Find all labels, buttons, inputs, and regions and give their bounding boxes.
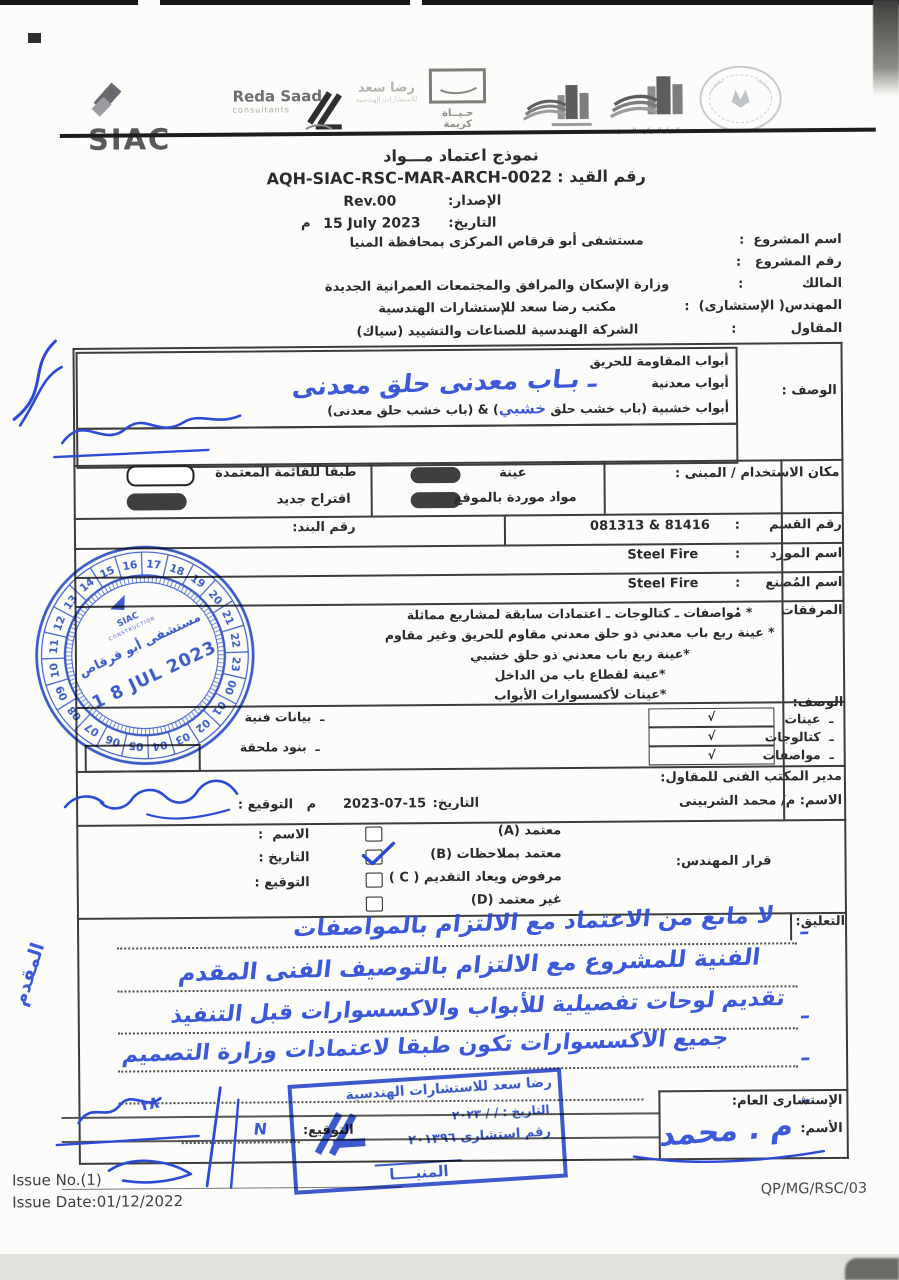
- stamp-date: 1 8 JUL 2023: [89, 637, 220, 713]
- checklist-catalogs-label: ـ كتالوجات: [765, 729, 834, 745]
- siac-diamond-icon: [87, 79, 127, 123]
- option-rejected-resubmit: مرفوض ويعاد التقديم ( C ): [389, 869, 562, 885]
- usage-divider-2: [370, 463, 372, 516]
- hayah-karima-text2: كريمة: [426, 119, 490, 131]
- scan-speck: [28, 33, 41, 43]
- margin-top-scribble: [0, 333, 64, 434]
- hayah-karima-frame-icon: [428, 68, 486, 104]
- svg-text:17: 17: [146, 557, 162, 571]
- checklist-samples-label: ـ عينات: [784, 711, 833, 726]
- attachment-line: *عينات لأكسسوارات الأبواب: [320, 683, 840, 707]
- svg-text:08: 08: [65, 703, 85, 723]
- svg-text:05: 05: [128, 739, 144, 753]
- consultant-cell-top: [658, 1089, 848, 1092]
- engineer-sign-field: التوقيع :: [254, 875, 309, 890]
- svg-text:03: 03: [173, 729, 192, 747]
- form-title: نموذج اعتماد مـــواد: [291, 145, 631, 167]
- svg-text:19: 19: [188, 572, 208, 591]
- svg-text:00: 00: [222, 678, 239, 697]
- scan-content: SIAC Reda Saad consultants رضا سعد للاست…: [0, 0, 899, 1280]
- svg-text:14: 14: [77, 575, 97, 595]
- date-stamp-svg: SIAC CONSTRUCTION مستشفى أبو قرقاص 1 8 J…: [10, 521, 279, 790]
- hayah-karima-text1: حـيــاة: [426, 108, 490, 120]
- construction-authority-buildings-icon: [606, 72, 690, 123]
- svg-text:12: 12: [51, 614, 68, 633]
- issue-no: Issue No.(1): [12, 1171, 102, 1190]
- owner-label: المالك :: [738, 276, 842, 292]
- general-consultant-label: الإستشارى العام:: [732, 1093, 843, 1109]
- scan-band-bottom: [0, 1254, 899, 1280]
- consultant-office-stamp: رضا سعد للاستشارات الهندسية التاريخ : / …: [287, 1068, 567, 1195]
- contractor-label: المقاول :: [731, 321, 842, 337]
- reda-saad-mark-icon: [301, 83, 345, 131]
- comment-dash-3: ـ: [801, 1041, 811, 1066]
- svg-text:07: 07: [82, 720, 102, 739]
- manufacturer-label: اسم المُصنع: [765, 575, 842, 591]
- option-not-approved: غير معتمد (D): [471, 892, 562, 908]
- svg-text:06: 06: [104, 732, 123, 749]
- scan-edge-gap-2: [410, 0, 422, 5]
- consultant-signature: [614, 1137, 839, 1179]
- catalogs-check-box: √: [648, 726, 774, 746]
- section-colon: :: [735, 518, 740, 533]
- stamp-date-line: التاريخ : / / ٢٠٢٣: [452, 1102, 550, 1122]
- svg-text:15: 15: [98, 563, 117, 581]
- comment-dash-1: ـ: [800, 915, 810, 940]
- consultant-name-label: الأسم:: [800, 1121, 842, 1136]
- scan-shadow-top-right: [873, 0, 899, 96]
- contractor-date-value: 2023-07-15: [343, 796, 426, 812]
- contractor-name: الاسم: م/ محمد الشربينى: [679, 793, 842, 809]
- svg-text:11: 11: [47, 639, 61, 655]
- contractor-date-era: م: [306, 797, 316, 812]
- specs-check-box: √: [649, 745, 775, 765]
- siac-logo: SIAC: [87, 78, 207, 125]
- manufacturer-colon: :: [735, 576, 740, 591]
- usage-divider-1: [603, 461, 605, 514]
- reda-saad-arabic-logo: رضا سعد للاستشارات الهندسية: [351, 80, 421, 104]
- stamp-logo-icon: [301, 1098, 371, 1166]
- svg-text:13: 13: [61, 592, 80, 612]
- svg-text:16: 16: [122, 558, 139, 573]
- supplier-value: Steel Fire: [627, 547, 698, 563]
- construction-authority-logo-2: الجهاز المركزى للتعمير: [603, 72, 693, 135]
- item-no-label: رقم البند:: [249, 519, 399, 535]
- scan-edge-top: [0, 0, 899, 5]
- engineer-decision-label: قرار المهندس:: [676, 853, 772, 869]
- form-code: QP/MG/RSC/03: [761, 1181, 868, 1198]
- construction-authority-logo-1: [521, 79, 597, 132]
- engineer-date-field: التاريخ :: [258, 850, 309, 865]
- project-name-value: مستشفى أبو قرقاص المركزى بمحافظة المنيا: [277, 233, 717, 251]
- record-number-line: رقم القيد : AQH-SIAC-RSC-MAR-ARCH-0022: [166, 166, 746, 190]
- stamp-office-name: رضا سعد للاستشارات الهندسية: [345, 1074, 552, 1103]
- svg-text:10: 10: [47, 662, 62, 679]
- issue-value: Rev.00: [343, 193, 396, 209]
- description-label: الوصف :: [782, 383, 837, 398]
- svg-text:22: 22: [227, 632, 242, 649]
- usage-location-label: مكان الاستخدام / المبنى :: [675, 465, 840, 481]
- checkbox-B-tick: [357, 838, 399, 868]
- project-name-label: اسم المشروع :: [739, 232, 842, 248]
- svg-text:18: 18: [168, 561, 187, 578]
- scan-blob-bottom-right: [845, 1258, 899, 1280]
- sample-checkbox: [410, 467, 460, 483]
- attachments-lines: * مواصفات ـ كتالوجات ـ اعتمادات سابقة لم…: [320, 602, 841, 707]
- checkbox-C: [366, 873, 383, 888]
- section-divider: [504, 515, 506, 545]
- materials-on-site-label: مواد موردة بالموقع: [453, 490, 576, 506]
- handwritten-comment-3: تقديم لوحات تفصيلية للأبواب والاكسسوارات…: [169, 986, 786, 1029]
- supplier-colon: :: [735, 547, 740, 562]
- manufacturer-value: Steel Fire: [628, 576, 699, 592]
- issue-date: Issue Date:01/12/2022: [12, 1192, 183, 1211]
- date-era: م: [301, 216, 311, 231]
- reda-saad-arabic-title: رضا سعد: [351, 80, 421, 96]
- issue-label: الإصدار:: [448, 193, 501, 209]
- comment-label-border: [790, 912, 792, 940]
- samples-check-box: √: [648, 707, 774, 727]
- handwritten-comment-1: لا مانع من الاعتماد مع الالتزام بالمواصف…: [291, 902, 775, 942]
- option-approved: معتمد (A): [498, 823, 562, 838]
- scan-edge-gap-1: [138, 0, 160, 5]
- description-signature: [50, 403, 281, 475]
- handwritten-margin-note: المقدم: [9, 940, 50, 1009]
- new-proposal-label: اقتراح جديد: [277, 492, 351, 508]
- checklist-title: الوصف:: [793, 695, 844, 710]
- siac-logo-text: SIAC: [88, 122, 172, 157]
- date-label: التاريخ:: [448, 215, 496, 231]
- handwritten-word-wood: خشبي: [499, 399, 547, 417]
- stamp-ref-line: رقم استشارى ٢٠١٣٩٦: [408, 1124, 552, 1148]
- svg-text:02: 02: [193, 716, 213, 736]
- svg-text:01: 01: [210, 699, 229, 719]
- svg-text:21: 21: [219, 608, 237, 627]
- attachment-line: * عينة ربع باب معدني ذو حلق معدني مقاوم …: [320, 622, 840, 646]
- new-proposal-checkbox: [127, 493, 187, 510]
- svg-text:09: 09: [53, 684, 71, 703]
- comment-dotline-4: [118, 1065, 798, 1072]
- scanned-material-approval-form: SIAC Reda Saad consultants رضا سعد للاست…: [0, 0, 899, 1280]
- stamp-city: المنيــــا: [375, 1159, 463, 1185]
- sample-option-label: عينة: [499, 465, 527, 480]
- handwritten-comment-2: الفنية للمشروع مع الالتزام بالتوصيف الفن…: [177, 944, 762, 987]
- project-no-value: [277, 255, 717, 258]
- ministry-seal-icon: [697, 63, 784, 134]
- hayah-karima-logo: حـيــاة كريمة: [425, 68, 489, 131]
- checkbox-D: [366, 897, 383, 912]
- section-no-value: 081313 & 81416: [590, 518, 710, 534]
- contractor-value: الشركة الهندسية للصناعات والتشييد (سياك): [277, 322, 717, 340]
- record-label: رقم القيد :: [557, 166, 646, 186]
- svg-text:23: 23: [229, 656, 243, 672]
- contractor-date-label: التاريخ:: [433, 796, 480, 811]
- svg-text:04: 04: [151, 738, 168, 753]
- date-value: 15 July 2023: [323, 215, 420, 232]
- reda-saad-arabic-sub: للاستشارات الهندسية: [352, 95, 422, 104]
- engineer-name-field: الاسم :: [258, 827, 309, 842]
- svg-text:20: 20: [206, 588, 226, 608]
- table-right-border: [840, 342, 848, 1159]
- engineer-value: مكتب رضا سعد للإستشارات الهندسية: [277, 299, 717, 317]
- record-value: AQH-SIAC-RSC-MAR-ARCH-0022: [267, 167, 553, 188]
- option-approved-with-notes: معتمد بملاحظات (B): [430, 846, 561, 862]
- contractor-office-title: مدير المكتب الفنى للمقاول:: [660, 769, 842, 785]
- comment-dash-2: ـ: [801, 999, 811, 1024]
- row-line-usage-bottom: [74, 512, 844, 520]
- project-no-label: رقم المشروع :: [736, 254, 842, 270]
- owner-value: وزارة الإسكان والمرافق والمجتمعات العمرا…: [277, 277, 717, 295]
